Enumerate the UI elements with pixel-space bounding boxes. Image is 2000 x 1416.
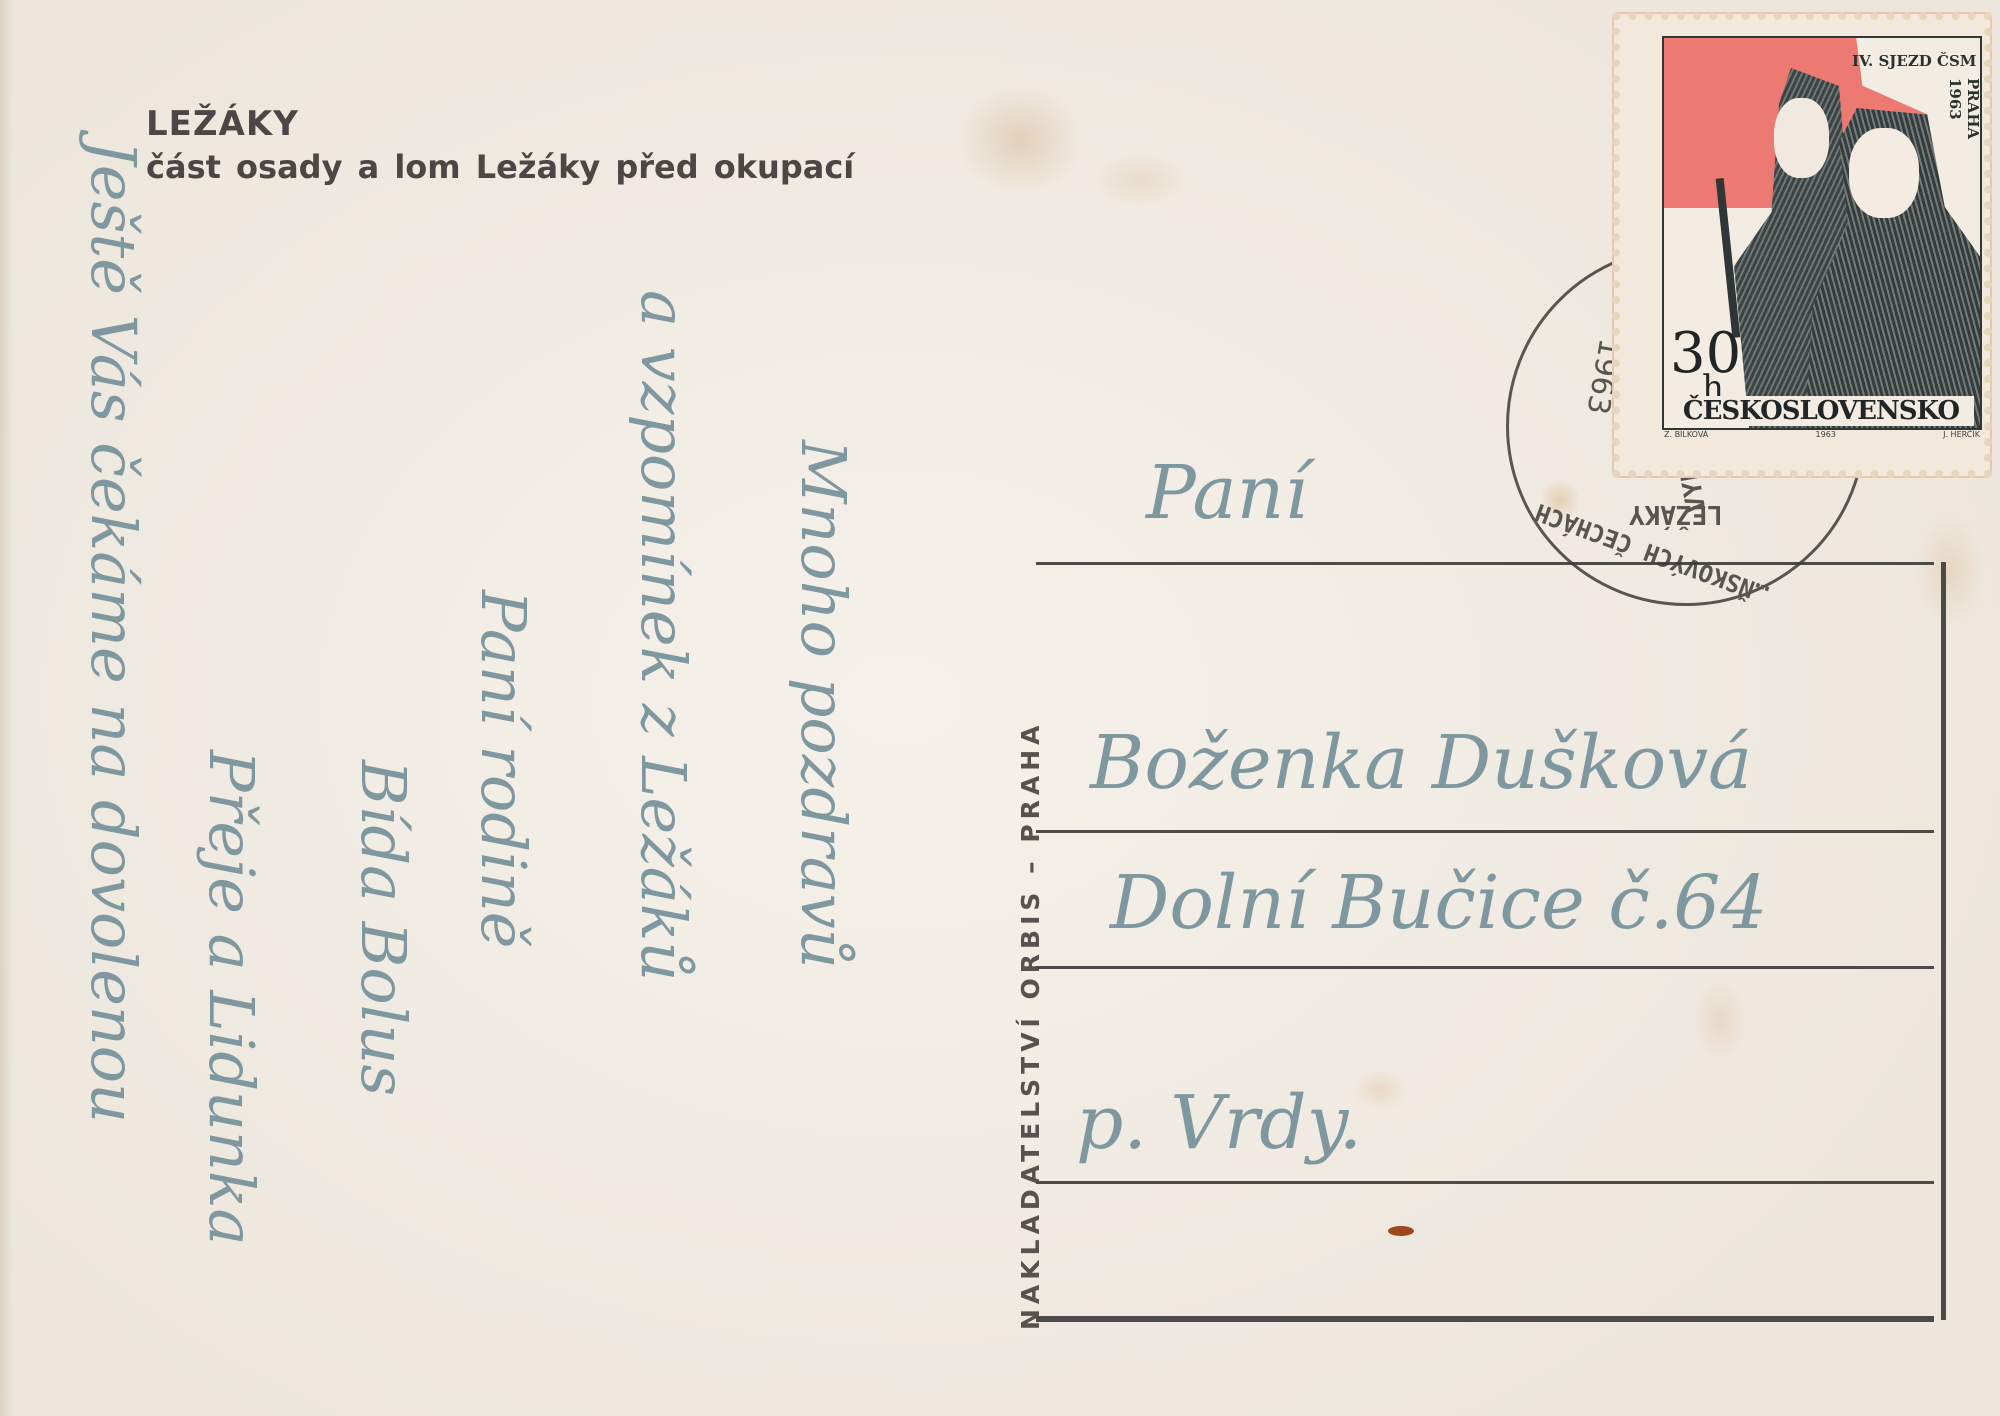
- message-line-3: Paní rodině: [467, 590, 540, 948]
- stamp-country: ČESKOSLOVENSKO: [1668, 396, 1974, 426]
- caption-title: LEŽÁKY: [146, 104, 299, 144]
- message-line-1: Mnoho pozdravů: [787, 440, 860, 969]
- message-line-5: Přeje a Lidunka: [195, 750, 268, 1245]
- address-rule: [1036, 1316, 1934, 1322]
- caption-subtitle: část osady a lom Ležáky před okupací: [146, 148, 854, 186]
- address-salutation: Paní: [1146, 450, 1308, 536]
- address-rule: [1036, 966, 1934, 969]
- address-rule: [1036, 830, 1934, 833]
- address-box-border: [1941, 562, 1946, 1320]
- publisher-imprint: NAKLADATELSTVÍ ORBIS – PRAHA: [1016, 720, 1045, 1330]
- postage-stamp: IV. SJEZD ČSM PRAHA 1963 30 h ČESKOSLOVE…: [1612, 12, 1992, 478]
- stamp-credits: Z. BÍLKOVÁ 1963 J. HERČÍK: [1664, 430, 1980, 439]
- message-line-4: Bída Bolus: [347, 760, 420, 1096]
- address-street: Dolní Bučice č.64: [1110, 860, 1767, 946]
- address-post-office: p. Vrdy.: [1076, 1080, 1362, 1166]
- card-edge: [0, 0, 14, 1416]
- stamp-engraver: J. HERČÍK: [1943, 430, 1980, 439]
- message-line-2: a vzpomínek z Ležáků: [627, 290, 700, 981]
- postmark-text: LEŽÁKY: [1629, 499, 1723, 529]
- stamp-event-text: IV. SJEZD ČSM: [1852, 52, 1976, 70]
- stamp-artwork: IV. SJEZD ČSM PRAHA 1963 30 h ČESKOSLOVE…: [1662, 36, 1982, 430]
- address-name: Boženka Dušková: [1090, 720, 1752, 806]
- woman-face-icon: [1849, 128, 1919, 218]
- message-line-6: Ještě Vás čekáme na dovolenou: [77, 140, 150, 1123]
- address-rule: [1036, 1181, 1934, 1184]
- postcard-back: LEŽÁKY část osady a lom Ležáky před okup…: [0, 0, 2000, 1416]
- man-face-icon: [1774, 98, 1829, 178]
- stamp-city-year: PRAHA 1963: [1946, 78, 1982, 139]
- ink-spot: [1388, 1226, 1414, 1236]
- stamp-designer: Z. BÍLKOVÁ: [1664, 430, 1708, 439]
- stamp-year: 1963: [1816, 430, 1836, 439]
